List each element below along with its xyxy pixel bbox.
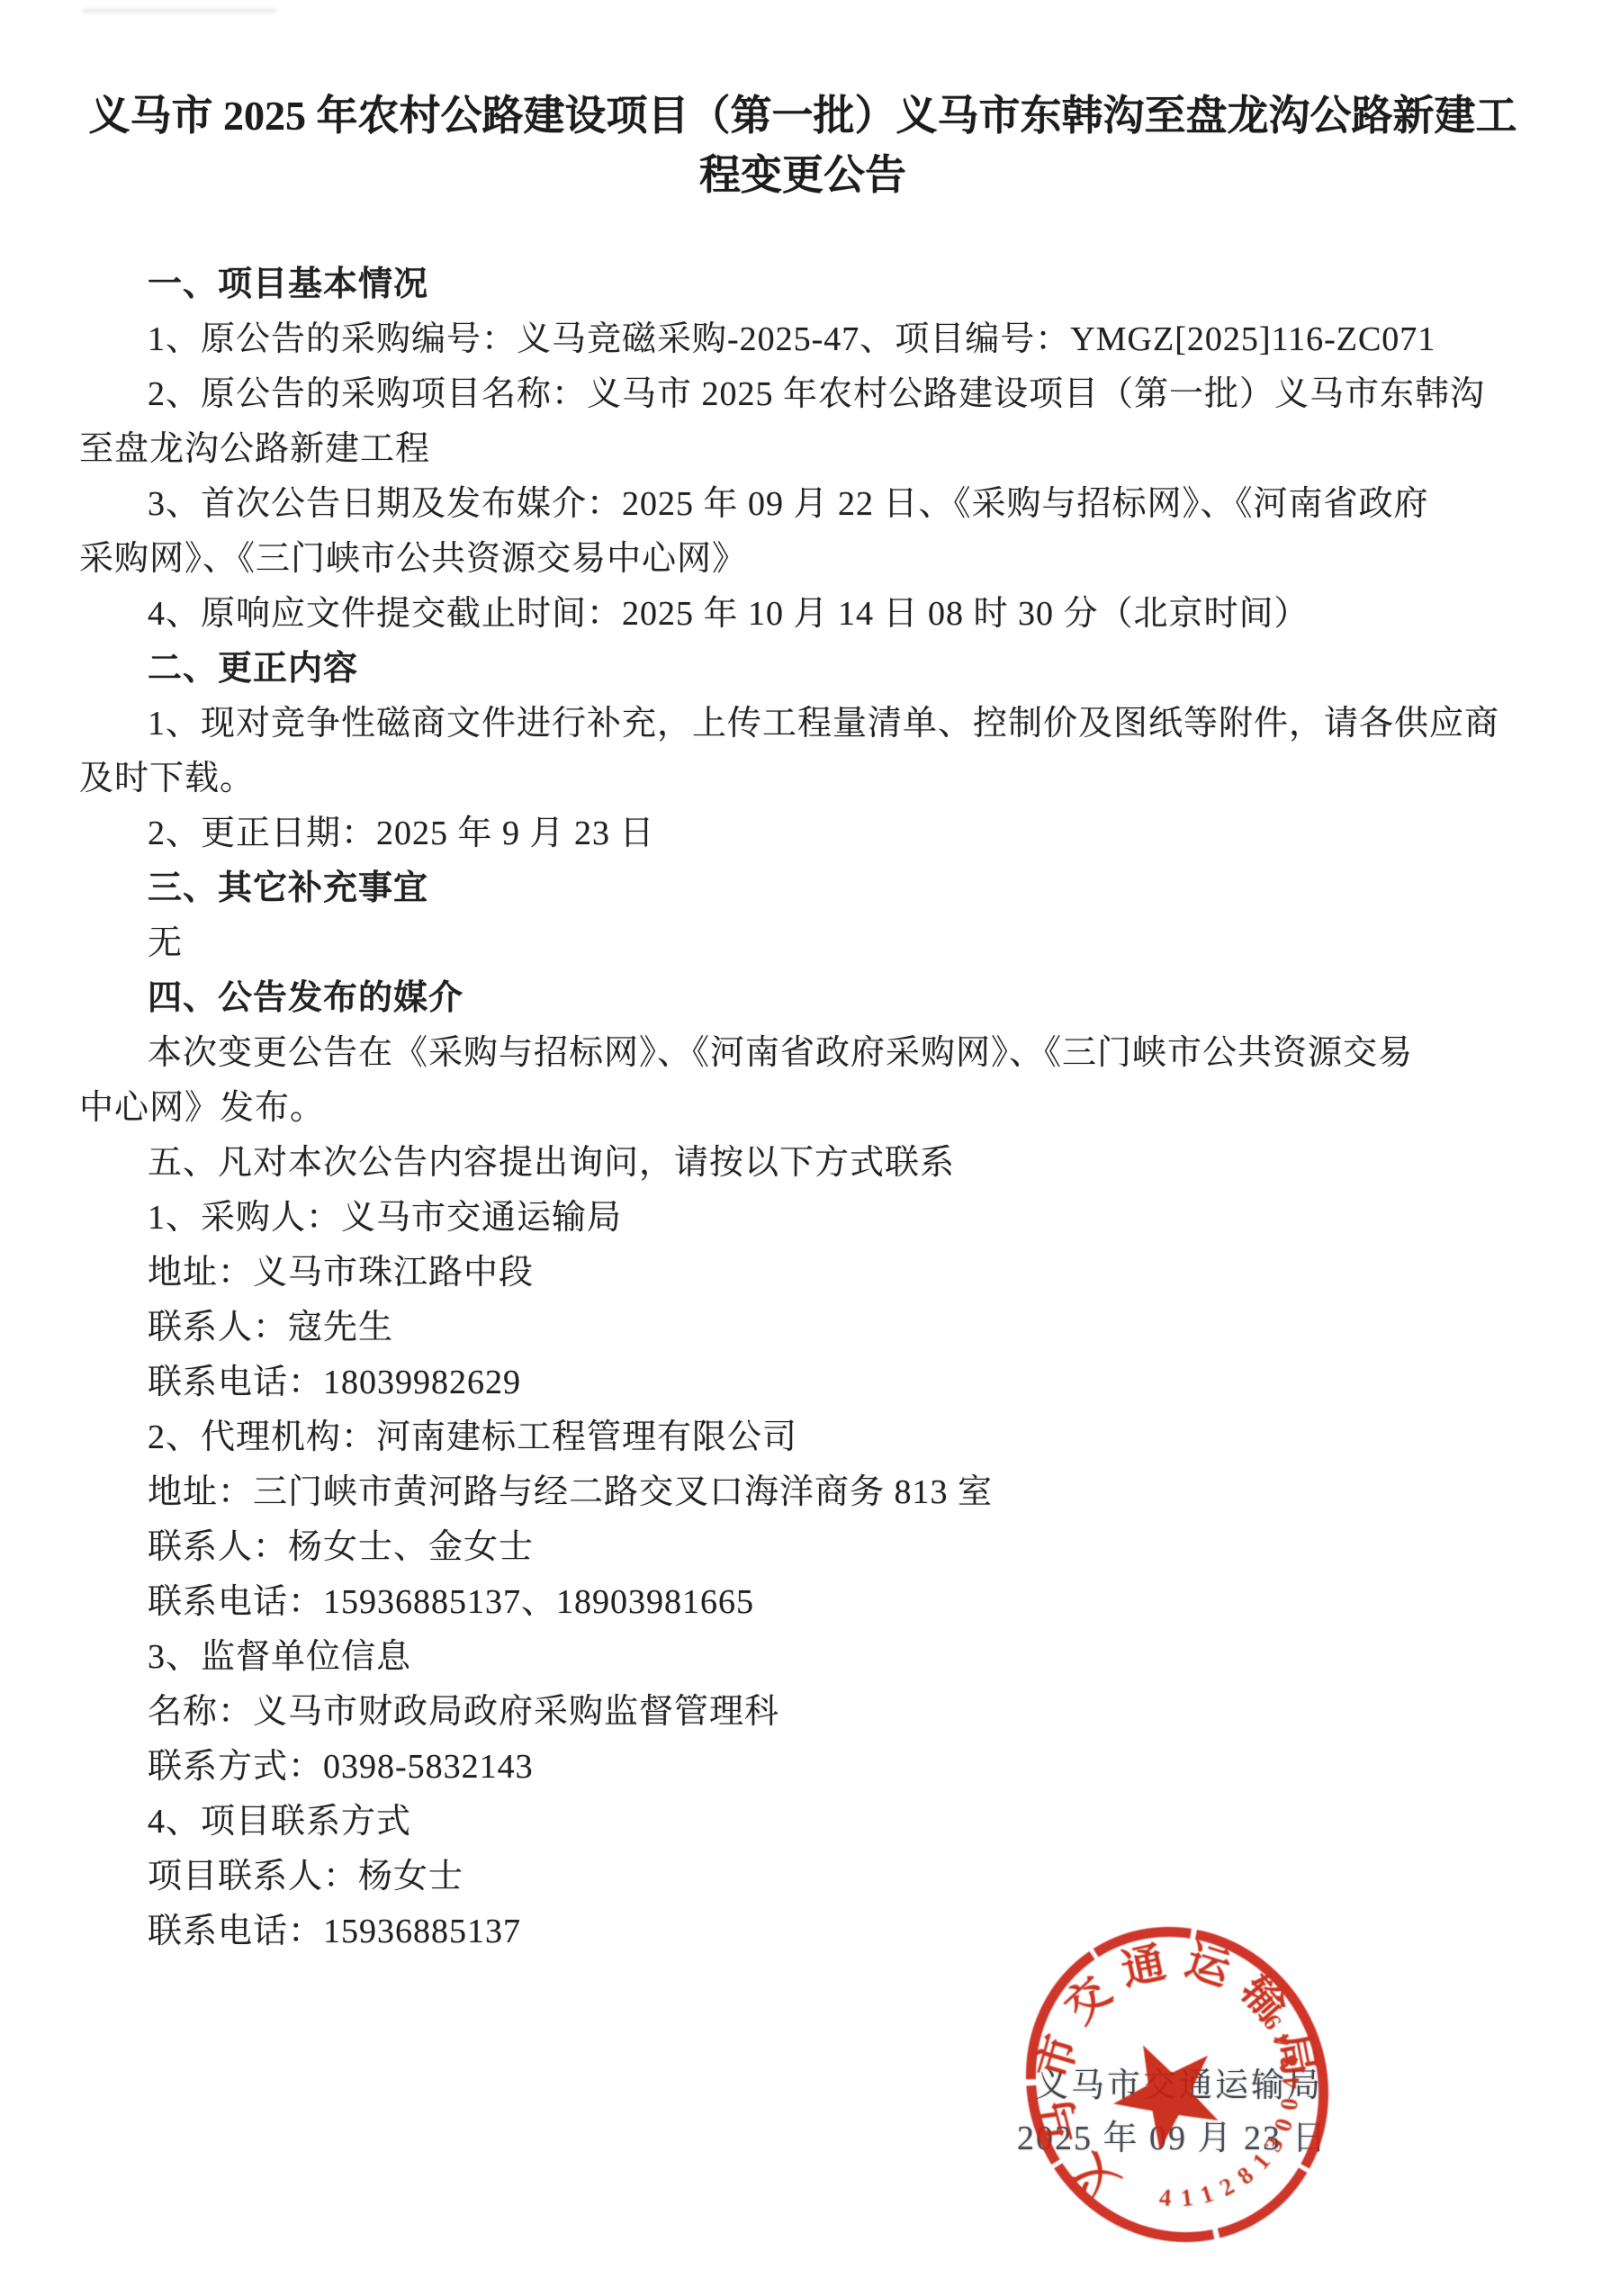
document-line: 3、监督单位信息 <box>79 1630 1532 1685</box>
section-heading: 三、其它补充事宜 <box>79 861 1532 916</box>
document-line: 4、原响应文件提交截止时间：2025 年 10 月 14 日 08 时 30 分… <box>79 587 1532 642</box>
document-body: 一、项目基本情况 1、原公告的采购编号：义马竞磁采购-2025-47、项目编号：… <box>79 257 1532 1959</box>
official-seal: 义马市交通运输局 4112813004849 <box>1006 1904 1348 2264</box>
title-line-2: 程变更公告 <box>76 146 1530 205</box>
document-line: 2、更正日期：2025 年 9 月 23 日 <box>79 806 1532 861</box>
document-line: 4、项目联系方式 <box>79 1795 1532 1850</box>
section-heading: 二、更正内容 <box>79 642 1532 697</box>
document-line: 无 <box>79 916 1532 971</box>
document-line: 名称：义马市财政局政府采购监督管理科 <box>79 1685 1532 1740</box>
document-line: 1、现对竞争性磁商文件进行补充，上传工程量清单、控制价及图纸等附件，请各供应商 <box>79 697 1532 752</box>
document-line: 地址：三门峡市黄河路与经二路交叉口海洋商务 813 室 <box>79 1465 1532 1520</box>
scan-artifact <box>83 9 276 13</box>
section-heading: 四、公告发布的媒介 <box>79 971 1532 1026</box>
title-line-1: 义马市 2025 年农村公路建设项目（第一批）义马市东韩沟至盘龙沟公路新建工 <box>76 86 1530 146</box>
seal-star-icon <box>1096 2021 1237 2160</box>
document-line: 联系人：寇先生 <box>79 1301 1532 1355</box>
document-line: 地址：义马市珠江路中段 <box>79 1246 1532 1301</box>
section-heading: 一、项目基本情况 <box>79 257 1532 312</box>
document-line: 及时下载。 <box>79 752 1532 806</box>
document-title: 义马市 2025 年农村公路建设项目（第一批）义马市东韩沟至盘龙沟公路新建工 程… <box>0 0 1602 205</box>
document-line: 至盘龙沟公路新建工程 <box>79 422 1532 477</box>
document-line: 联系人：杨女士、金女士 <box>79 1520 1532 1575</box>
document-line: 本次变更公告在《采购与招标网》、《河南省政府采购网》、《三门峡市公共资源交易 <box>79 1026 1532 1081</box>
scanned-document-page: 义马市 2025 年农村公路建设项目（第一批）义马市东韩沟至盘龙沟公路新建工 程… <box>0 0 1602 2296</box>
document-line: 中心网》发布。 <box>79 1081 1532 1136</box>
document-line: 1、采购人：义马市交通运输局 <box>79 1191 1532 1246</box>
document-line: 联系方式：0398-5832143 <box>79 1740 1532 1795</box>
document-line: 五、凡对本次公告内容提出询问，请按以下方式联系 <box>79 1136 1532 1191</box>
document-line: 1、原公告的采购编号：义马竞磁采购-2025-47、项目编号：YMGZ[2025… <box>79 312 1532 367</box>
document-line: 2、代理机构：河南建标工程管理有限公司 <box>79 1410 1532 1465</box>
document-line: 2、原公告的采购项目名称：义马市 2025 年农村公路建设项目（第一批）义马市东… <box>79 367 1532 422</box>
document-line: 3、首次公告日期及发布媒介：2025 年 09 月 22 日、《采购与招标网》、… <box>79 477 1532 532</box>
document-line: 采购网》、《三门峡市公共资源交易中心网》 <box>79 532 1532 587</box>
document-line: 项目联系人：杨女士 <box>79 1850 1532 1904</box>
document-line: 联系电话：15936885137、18903981665 <box>79 1575 1532 1630</box>
document-line: 联系电话：18039982629 <box>79 1355 1532 1410</box>
